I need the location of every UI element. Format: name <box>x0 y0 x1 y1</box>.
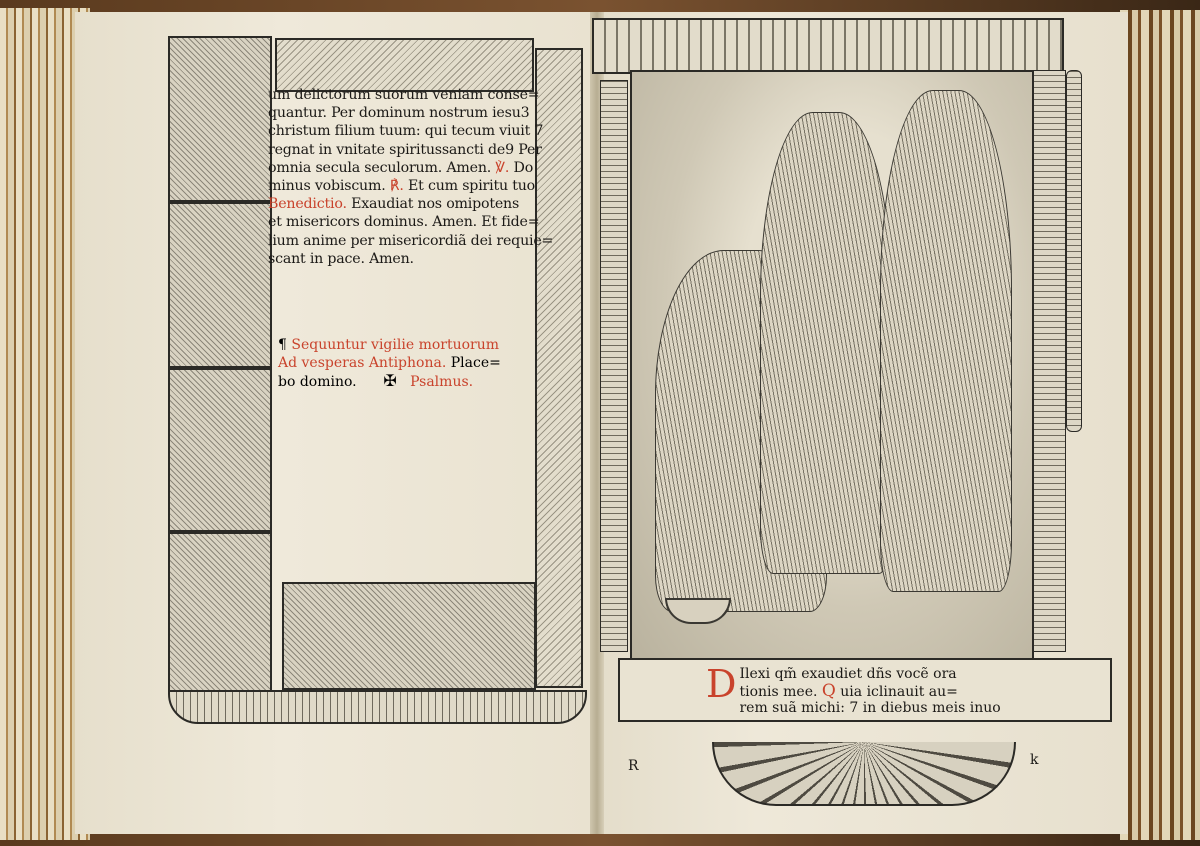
woodcut-panel-figures-3 <box>168 532 272 692</box>
red-initial-q: Q <box>822 681 836 701</box>
text-segment: Et cum spiritu tuo <box>408 178 535 194</box>
text-segment: Do <box>509 160 533 176</box>
woodcut-praying-crowd <box>282 582 536 690</box>
text-line: ¶ Sequuntur vigilie mortuorum <box>278 336 538 354</box>
woodcut-panel-figures-1 <box>168 202 272 368</box>
text-segment: Exaudiat nos omipotens <box>351 196 519 212</box>
signature-mark-left: R <box>628 758 639 774</box>
text-line: et misericors dominus. Amen. Et fide= <box>268 213 543 231</box>
red-initial-d: D <box>706 666 736 702</box>
text-line: um delictorum suorum veniam conse= <box>268 86 543 104</box>
pilcrow-icon: ¶ <box>278 337 287 353</box>
text-segment: minus vobiscum. <box>268 178 386 194</box>
woodcut-tassel <box>1066 70 1082 432</box>
rubric-text: Ad vesperas Antiphona. <box>278 355 446 371</box>
text-segment: Place= <box>451 355 501 371</box>
text-line: Ad vesperas Antiphona. Place= <box>278 354 538 372</box>
woodcut-top-foliage <box>275 38 534 92</box>
versicle-mark: ℣. <box>495 160 509 176</box>
text-line: Ilexi qm̃ exaudiet dñs vocẽ ora <box>706 666 996 683</box>
woodcut-panel-pope <box>168 36 272 202</box>
woodcut-standing-friend-2 <box>880 90 1012 592</box>
text-line: tionis mee. Q uia iclinauit au= <box>706 683 996 701</box>
woodcut-panel-figures-2 <box>168 368 272 532</box>
right-page-edges <box>1120 10 1200 840</box>
signature-mark-right: k <box>1030 752 1038 768</box>
psalm-caption: D Ilexi qm̃ exaudiet dñs vocẽ ora tionis… <box>706 666 996 717</box>
woodcut-left-pillar <box>600 80 628 652</box>
vigils-rubric: ¶ Sequuntur vigilie mortuorum Ad vespera… <box>278 336 538 391</box>
woodcut-top-frieze <box>592 18 1064 74</box>
text-line: bo domino. ✠ Psalmus. <box>278 372 538 391</box>
text-line: scant in pace. Amen. <box>268 250 543 268</box>
text-line: minus vobiscum. ℟. Et cum spiritu tuo <box>268 177 543 195</box>
text-segment: uia iclinauit au= <box>840 684 958 700</box>
cross-icon: ✠ <box>383 371 396 390</box>
rubric-text: Sequuntur vigilie mortuorum <box>291 337 499 353</box>
rubric-text: Psalmus. <box>410 374 473 390</box>
text-segment: tionis mee. <box>739 684 817 700</box>
response-mark: ℟. <box>390 178 404 194</box>
woodcut-standing-friend-1 <box>760 112 892 574</box>
woodcut-bottom-ornament <box>168 690 587 724</box>
text-line: regnat in vnitate spiritussancti de9 Per <box>268 141 543 159</box>
text-line: Benedictio. Exaudiat nos omipotens <box>268 195 543 213</box>
text-segment: omnia secula seculorum. Amen. <box>268 160 491 176</box>
prayer-text: um delictorum suorum veniam conse= quant… <box>268 86 543 268</box>
text-line: christum filium tuum: qui tecum viuit 7 <box>268 122 543 140</box>
text-line: lium anime per misericordiã dei requie= <box>268 232 543 250</box>
text-line: rem suã michi: 7 in diebus meis inuo <box>706 700 996 717</box>
text-line: omnia secula seculorum. Amen. ℣. Do <box>268 159 543 177</box>
text-line: quantur. Per dominum nostrum iesu3 <box>268 104 543 122</box>
woodcut-bottom-fan-ornament <box>712 742 1016 806</box>
text-segment: bo domino. <box>278 374 357 390</box>
rubric-benedictio: Benedictio. <box>268 196 347 212</box>
